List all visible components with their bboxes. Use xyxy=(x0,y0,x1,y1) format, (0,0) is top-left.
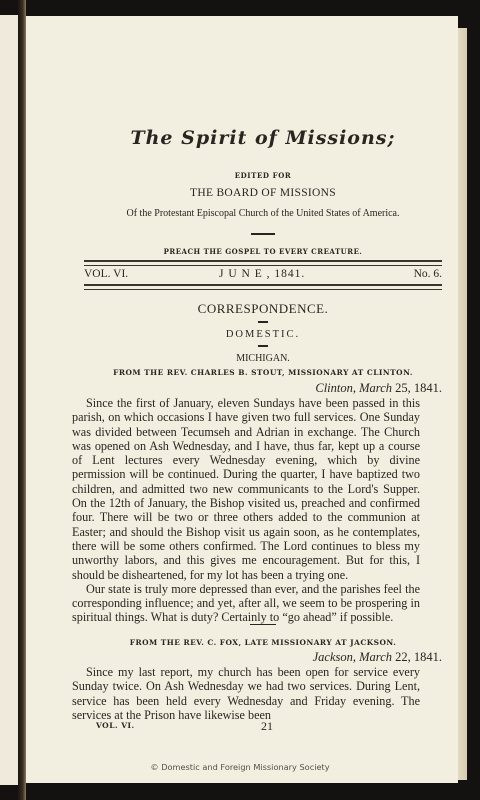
volume-label: VOL. VI. xyxy=(84,268,128,280)
edited-for-label: EDITED FOR xyxy=(76,171,450,180)
board-name: THE BOARD OF MISSIONS xyxy=(76,187,450,199)
issue-date: J U N E , 1841. xyxy=(219,268,305,280)
document-page: The Spirit of Missions; EDITED FOR THE B… xyxy=(26,16,458,783)
letter-body: Since the first of January, eleven Sunda… xyxy=(72,396,420,625)
page-stack-edge xyxy=(458,28,467,780)
paragraph: Our state is truly more depressed than e… xyxy=(72,582,420,625)
facing-page-edge xyxy=(0,15,18,785)
dateline-month: March xyxy=(359,381,392,395)
paragraph: Since my last report, my church has been… xyxy=(72,665,420,722)
church-name: Of the Protestant Episcopal Church of th… xyxy=(76,208,450,219)
paragraph: Since the first of January, eleven Sunda… xyxy=(72,396,420,582)
letter-from-heading: FROM THE REV. CHARLES B. STOUT, MISSIONA… xyxy=(76,368,450,377)
dateline-date: 25, 1841. xyxy=(392,381,442,395)
section-heading: CORRESPONDENCE. xyxy=(76,301,450,317)
letter-from-heading: FROM THE REV. C. FOX, LATE MISSIONARY AT… xyxy=(76,638,450,647)
dateline-place: Clinton, xyxy=(315,381,356,395)
letter-dateline: Jackson, March 22, 1841. xyxy=(313,650,442,665)
dateline-month: March xyxy=(359,650,392,664)
divider-rule xyxy=(251,233,275,235)
dateline-date: 22, 1841. xyxy=(392,650,442,664)
masthead-title: The Spirit of Missions; xyxy=(76,127,450,149)
issue-number: No. 6. xyxy=(414,268,442,280)
divider-rule xyxy=(250,624,276,625)
signature-mark: VOL. VI. xyxy=(96,721,135,730)
book-gutter xyxy=(18,0,26,800)
motto: PREACH THE GOSPEL TO EVERY CREATURE. xyxy=(76,247,450,256)
letter-body: Since my last report, my church has been… xyxy=(72,665,420,722)
bottom-double-rule xyxy=(84,284,442,290)
section-subheading: DOMESTIC. xyxy=(76,329,450,340)
divider-rule xyxy=(258,321,268,323)
region-heading: MICHIGAN. xyxy=(76,353,450,364)
divider-rule xyxy=(258,345,268,347)
dateline-place: Jackson, xyxy=(313,650,356,664)
letter-dateline: Clinton, March 25, 1841. xyxy=(315,381,442,396)
copyright-notice: © Domestic and Foreign Missionary Societ… xyxy=(0,762,480,772)
page-number: 21 xyxy=(261,719,273,734)
top-double-rule xyxy=(84,260,442,266)
